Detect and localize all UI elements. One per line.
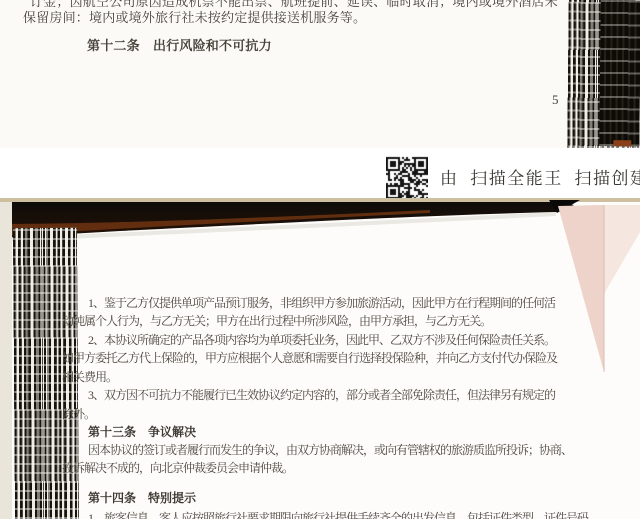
clause-14-heading: 第十四条 特别提示 (88, 489, 196, 506)
paragraph-line: 动纯属个人行为，与乙方无关；甲方在出行过程中所涉风险，由甲方承担，与乙方无关。 (62, 312, 491, 329)
table-edge-line (0, 198, 640, 202)
binding-dark-edge (599, 0, 640, 146)
binding-stain (613, 140, 631, 146)
paragraph-line: 2、本协议所确定的产品各项内容均为单项委托业务，因此甲、乙双方不涉及任何保险责任… (88, 331, 555, 348)
paragraph-line: 保留房间：境内或境外旅行社未按约定提供接送机服务等。 (23, 7, 366, 26)
book-binding-edge-icon (567, 0, 640, 148)
photo-left-margin (0, 202, 12, 519)
paragraph-line: 3、双方因不可抗力不能履行已生效协议约定内容的，部分或者全部免除责任，但法律另有… (88, 386, 555, 403)
pink-page-corner-wedge (558, 205, 604, 372)
page-number: 5 (552, 92, 559, 108)
paragraph-line: 除外。 (62, 405, 95, 422)
paragraph-line: 如甲方委托乙方代上保险的，甲方应根据个人意愿和需要自行选择投保险种，并向乙方支付… (62, 349, 557, 366)
clause-13-heading: 第十三条 争议解决 (88, 423, 196, 440)
paragraph-line: 1、鉴于乙方仅提供单项产品预订服务，非组织甲方参加旅游活动，因此甲方在行程期间的… (88, 294, 555, 311)
scanned-page-bottom: 1、鉴于乙方仅提供单项产品预订服务，非组织甲方参加旅游活动，因此甲方在行程期间的… (0, 198, 640, 519)
camscanner-document-image: 订金；因航空公司原因造成机票不能出票、航班提前、延误、临时取消；境内或境外酒店未… (0, 0, 640, 519)
pink-background-light (604, 205, 640, 294)
paragraph-line: 投诉解决不成的，向北京仲裁委员会申请仲裁。 (62, 459, 293, 476)
clipped-paragraph-line: 1、旅客信息。客人应按照旅行社要求期限向旅行社提供手续齐全的出发信息，包括证件类… (88, 509, 588, 519)
scanned-page-top: 订金；因航空公司原因造成机票不能出票、航班提前、延误、临时取消；境内或境外酒店未… (0, 0, 640, 148)
clause-12-heading: 第十二条 出行风险和不可抗力 (87, 35, 272, 54)
qr-code (386, 156, 428, 199)
wood-band (0, 202, 574, 238)
paragraph-line: 相关费用。 (62, 368, 117, 385)
camscanner-watermark-text: 由 扫描全能王 扫描创建 (440, 164, 640, 189)
paragraph-line: 因本协议的签订或者履行而发生的争议，由双方协商解决，或向有管辖权的旅游质监所投诉… (88, 441, 572, 458)
